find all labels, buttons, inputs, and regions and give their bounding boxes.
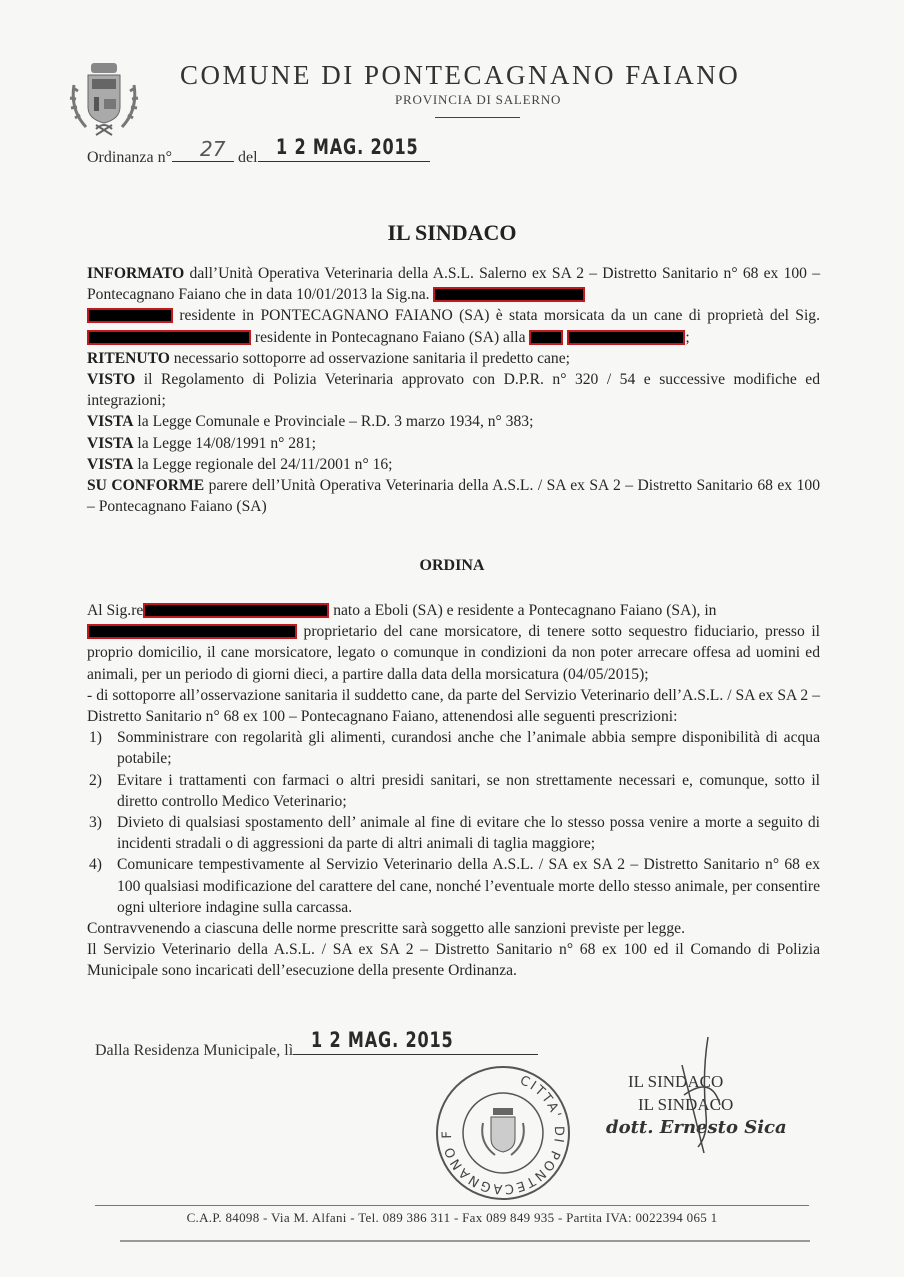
redaction-box [529,330,563,345]
ordina-heading: ORDINA [0,557,904,575]
ordina-paragraph-1: Al Sig.re nato a Eboli (SA) e residente … [87,600,820,685]
municipal-crest-icon [66,55,142,139]
prescription-text: Evitare i trattamenti con farmaci o altr… [117,772,820,810]
visto-keyword: VISTO [87,371,135,388]
prescription-number: 3) [89,812,102,833]
handwritten-signature-icon [672,1035,732,1155]
prescription-text: Somministrare con regolarità gli aliment… [117,729,820,767]
ordinance-number: 27 [200,137,225,161]
page-title: IL SINDACO [0,220,904,246]
vista-keyword: VISTA [87,435,134,452]
ordina-text: Al Sig.re [87,602,143,619]
prescription-item: 4)Comunicare tempestivamente al Servizio… [87,854,820,918]
su-conforme-keyword: SU CONFORME [87,477,204,494]
vista-text: la Legge regionale del 24/11/2001 n° 16; [134,456,393,473]
redaction-box [143,603,329,618]
footer-bottom-divider [120,1240,810,1242]
municipality-title: COMUNE DI PONTECAGNANO FAIANO [180,60,810,91]
vista-paragraph: VISTA la Legge regionale del 24/11/2001 … [87,454,820,475]
ordina-body: Al Sig.re nato a Eboli (SA) e residente … [87,600,820,982]
vista-text: la Legge Comunale e Provinciale – R.D. 3… [134,413,534,430]
ordinance-date-field: 1 2 MAG. 2015 [258,143,430,162]
prescription-number: 1) [89,727,102,748]
redaction-box [87,308,173,323]
closing-date-stamp: 1 2 MAG. 2015 [311,1028,454,1052]
closing-date-field: 1 2 MAG. 2015 [293,1036,538,1055]
closing-place-label: Dalla Residenza Municipale, lì [95,1042,293,1059]
ordinance-date-label: del [238,149,258,166]
ordinance-number-field: 27 [172,143,234,162]
sanctions-paragraph: Contravvenendo a ciascuna delle norme pr… [87,918,820,939]
prescription-number: 4) [89,854,102,875]
ritenuto-paragraph: RITENUTO necessario sottoporre ad osserv… [87,348,820,369]
province-subtitle: PROVINCIA DI SALERNO [395,92,561,108]
enforcement-paragraph: Il Servizio Veterinario della A.S.L. / S… [87,939,820,981]
ritenuto-keyword: RITENUTO [87,350,170,367]
prescription-item: 2)Evitare i trattamenti con farmaci o al… [87,770,820,812]
vista-paragraph: VISTA la Legge 14/08/1991 n° 281; [87,433,820,454]
redaction-box [87,330,251,345]
prescription-item: 1)Somministrare con regolarità gli alime… [87,727,820,769]
municipal-seal-icon: CITTA' DI PONTECAGNANO FAIANO [433,1063,573,1203]
visto-paragraph: VISTO il Regolamento di Polizia Veterina… [87,369,820,411]
prescriptions-list: 1)Somministrare con regolarità gli alime… [87,727,820,918]
informato-text: residente in Pontecagnano Faiano (SA) al… [251,329,529,346]
prescription-item: 3)Divieto di qualsiasi spostamento dell’… [87,812,820,854]
ritenuto-text: necessario sottoporre ad osservazione sa… [170,350,570,367]
ordinance-number-label: Ordinanza n° [87,149,172,166]
ordina-paragraph-2: - di sottoporre all’osservazione sanitar… [87,685,820,727]
prescription-text: Divieto di qualsiasi spostamento dell’ a… [117,814,820,852]
footer-contacts: C.A.P. 84098 - Via M. Alfani - Tel. 089 … [0,1210,904,1226]
preamble: INFORMATO dall’Unità Operativa Veterinar… [87,263,820,517]
ordina-text: nato a Eboli (SA) e residente a Pontecag… [329,602,716,619]
su-conforme-paragraph: SU CONFORME parere dell’Unità Operativa … [87,475,820,517]
prescription-text: Comunicare tempestivamente al Servizio V… [117,856,820,915]
vista-keyword: VISTA [87,413,134,430]
redaction-box [433,287,585,302]
informato-paragraph: INFORMATO dall’Unità Operativa Veterinar… [87,263,820,348]
ordinance-line: Ordinanza n°27 del1 2 MAG. 2015 [87,143,430,167]
vista-keyword: VISTA [87,456,134,473]
ordinance-date-stamp: 1 2 MAG. 2015 [276,135,419,159]
redaction-box [87,624,297,639]
header-divider [435,117,520,118]
visto-text: il Regolamento di Polizia Veterinaria ap… [87,371,820,409]
vista-paragraph: VISTA la Legge Comunale e Provinciale – … [87,411,820,432]
vista-text: la Legge 14/08/1991 n° 281; [134,435,317,452]
informato-text: ; [685,329,689,346]
prescription-number: 2) [89,770,102,791]
closing-place-date: Dalla Residenza Municipale, lì1 2 MAG. 2… [95,1036,538,1060]
informato-text: residente in PONTECAGNANO FAIANO (SA) è … [173,307,820,324]
footer-divider [95,1205,809,1206]
informato-keyword: INFORMATO [87,265,184,282]
redaction-box [567,330,685,345]
